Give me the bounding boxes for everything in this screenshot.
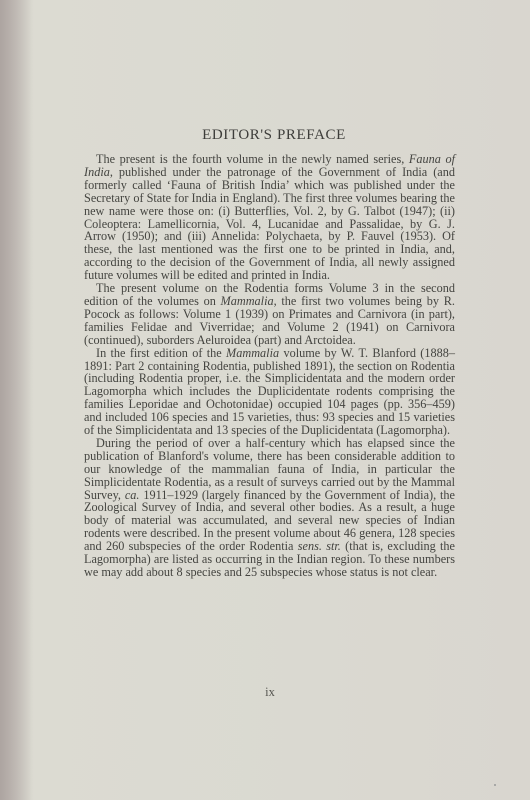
paragraph-2: The present volume on the Rodentia forms…: [84, 282, 455, 347]
page-gutter-shadow: [0, 0, 32, 800]
italic-work-title: Mammalia: [221, 294, 274, 308]
page-number: ix: [0, 685, 530, 700]
paragraph-1: The present is the fourth volume in the …: [84, 153, 455, 282]
preface-body: The present is the fourth volume in the …: [84, 153, 455, 579]
book-page: EDITOR'S PREFACE The present is the four…: [0, 0, 530, 800]
italic-work-title: Mammalia: [226, 346, 279, 360]
text-run: , published under the patronage of the G…: [84, 165, 455, 282]
paragraph-3: In the first edition of the Mammalia vol…: [84, 347, 455, 437]
italic-abbrev: sens. str.: [298, 539, 341, 553]
text-run: volume by W. T. Blanford (1888–1891: Par…: [84, 346, 455, 437]
text-run: In the first edition of the: [96, 346, 226, 360]
text-run: The present is the fourth volume in the …: [96, 152, 409, 166]
italic-abbrev: ca.: [125, 488, 140, 502]
page-heading: EDITOR'S PREFACE: [0, 127, 530, 144]
paragraph-4: During the period of over a half-century…: [84, 437, 455, 579]
paper-speck: [494, 784, 496, 786]
